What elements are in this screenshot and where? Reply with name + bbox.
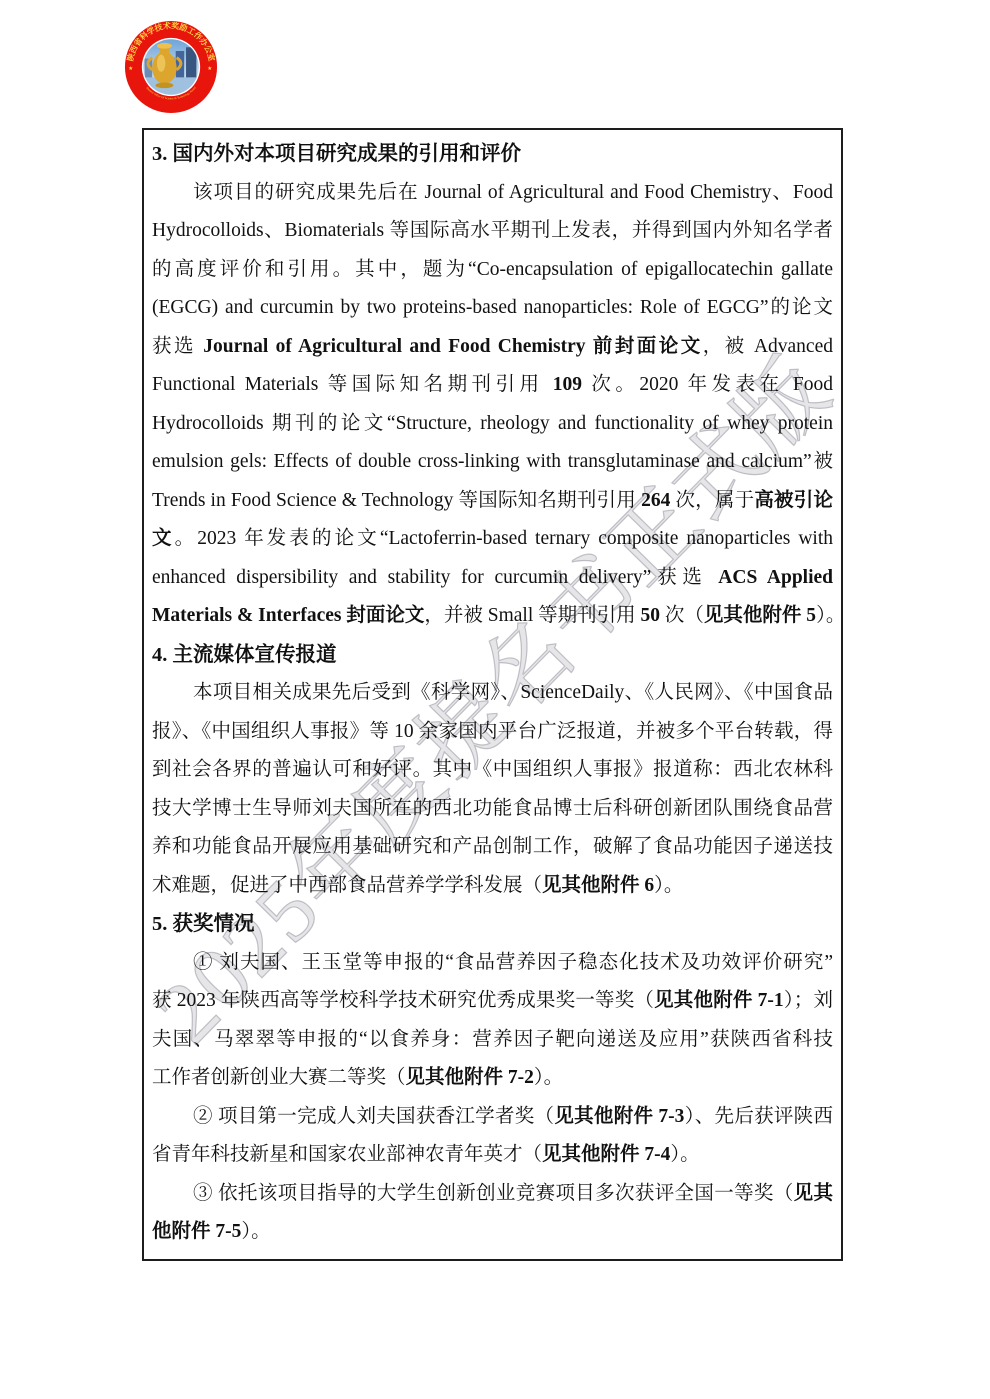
text-line: 他附件 7-5）。: [152, 1213, 833, 1252]
text-run: 本项目相关成果先后受到《科学网》、ScienceDaily、《人民网》、《中国食…: [193, 682, 833, 703]
text-line: 本项目相关成果先后受到《科学网》、ScienceDaily、《人民网》、《中国食…: [152, 674, 833, 713]
text-run: emulsion gels: Effects of double cross-l…: [152, 451, 833, 472]
text-run: 获选: [152, 336, 203, 357]
text-run: ，被 Advanced: [703, 336, 833, 357]
text-line: ② 项目第一完成人刘夫国获香江学者奖（见其他附件 7-3）、先后获评陕西: [152, 1098, 833, 1137]
bold-text-run: 他附件 7-5: [152, 1221, 241, 1242]
text-line: 该项目的研究成果先后在 Journal of Agricultural and …: [152, 174, 833, 213]
text-line: Hydrocolloids 期刊的论文“Structure, rheology …: [152, 405, 833, 444]
bold-text-run: 见其他附件 7-2: [406, 1067, 534, 1088]
text-run: Hydrocolloids、Biomaterials 等国际高水平期刊上发表，并…: [152, 220, 833, 241]
text-line: 夫国、马翠翠等申报的“以食养身：营养因子靶向递送及应用”获陕西省科技: [152, 1021, 833, 1060]
text-line: 获选 Journal of Agricultural and Food Chem…: [152, 328, 833, 367]
bold-text-run: ACS Applied: [718, 567, 833, 588]
text-line: 工作者创新创业大赛二等奖（见其他附件 7-2）。: [152, 1059, 833, 1098]
text-run: 省青年科技新星和国家农业部神农青年英才（: [152, 1144, 542, 1165]
bold-text-run: 50: [641, 605, 661, 626]
text-run: ）；刘: [784, 990, 833, 1011]
section-heading: 3. 国内外对本项目研究成果的引用和评价: [152, 135, 833, 174]
text-line: ③ 依托该项目指导的大学生创新创业竞赛项目多次获评全国一等奖（见其: [152, 1175, 833, 1214]
text-line: emulsion gels: Effects of double cross-l…: [152, 443, 833, 482]
text-line: 文。2023 年发表的论文“Lactoferrin-based ternary …: [152, 520, 833, 559]
bold-text-run: 见其: [794, 1183, 833, 1204]
text-run: Hydrocolloids 期刊的论文“Structure, rheology …: [152, 413, 833, 434]
text-run: enhanced dispersibility and stability fo…: [152, 567, 718, 588]
section-heading: 5. 获奖情况: [152, 905, 833, 944]
seal-svg: 陕西省科学技术奖励工作办公室 Shaanxi Office Of Science…: [124, 20, 218, 114]
text-run: ）。: [816, 605, 833, 626]
bold-text-run: 高被引论: [754, 490, 833, 511]
text-run: 到社会各界的普遍认可和好评。其中《中国组织人事报》报道称：西北农林科: [152, 759, 833, 780]
text-line: Hydrocolloids、Biomaterials 等国际高水平期刊上发表，并…: [152, 212, 833, 251]
text-run: 报》、《中国组织人事报》等 10 余家国内平台广泛报道，并被多个平台转载，得: [152, 721, 833, 742]
star-icon: ★: [128, 65, 133, 72]
text-run: 的高度评价和引用。其中，题为“Co-encapsulation of epiga…: [152, 259, 833, 280]
star-icon: ★: [207, 65, 212, 72]
text-run: (EGCG) and curcumin by two proteins-base…: [152, 297, 833, 318]
text-line: ① 刘夫国、王玉堂等申报的“食品营养因子稳态化技术及功效评价研究”: [152, 944, 833, 983]
text-run: Functional Materials 等国际知名期刊引用: [152, 374, 553, 395]
text-run: ③ 依托该项目指导的大学生创新创业竞赛项目多次获评全国一等奖（: [193, 1183, 794, 1204]
text-run: 次。2020 年发表在 Food: [582, 374, 833, 395]
bold-text-run: 文: [152, 528, 175, 549]
text-run: 次，属于: [670, 490, 754, 511]
bold-text-run: 见其他附件 5: [704, 605, 816, 626]
text-line: Functional Materials 等国际知名期刊引用 109 次。202…: [152, 366, 833, 405]
text-run: ）、先后获评陕西: [684, 1106, 833, 1127]
text-run: ）。: [670, 1144, 699, 1165]
text-run: ）。: [241, 1221, 270, 1242]
text-line: (EGCG) and curcumin by two proteins-base…: [152, 289, 833, 328]
content-box: 3. 国内外对本项目研究成果的引用和评价该项目的研究成果先后在 Journal …: [142, 128, 843, 1261]
text-run: 技大学博士生导师刘夫国所在的西北功能食品博士后科研创新团队围绕食品营: [152, 798, 833, 819]
text-run: 夫国、马翠翠等申报的“以食养身：营养因子靶向递送及应用”获陕西省科技: [152, 1029, 833, 1050]
bold-text-run: Journal of Agricultural and Food Chemist…: [203, 336, 702, 357]
text-run: ① 刘夫国、王玉堂等申报的“食品营养因子稳态化技术及功效评价研究”: [193, 952, 833, 973]
text-run: 获 2023 年陕西高等学校科学技术研究优秀成果奖一等奖（: [152, 990, 654, 1011]
bold-text-run: 109: [553, 374, 582, 395]
text-run: 该项目的研究成果先后在 Journal of Agricultural and …: [193, 182, 833, 203]
text-run: 次（: [660, 605, 704, 626]
text-line: Materials & Interfaces 封面论文，并被 Small 等期刊…: [152, 597, 833, 636]
text-line: 获 2023 年陕西高等学校科学技术研究优秀成果奖一等奖（见其他附件 7-1）；…: [152, 982, 833, 1021]
text-run: ，并被 Small 等期刊引用: [424, 605, 640, 626]
org-seal-logo: 陕西省科学技术奖励工作办公室 Shaanxi Office Of Science…: [124, 20, 218, 114]
text-line: 的高度评价和引用。其中，题为“Co-encapsulation of epiga…: [152, 251, 833, 290]
text-run: 工作者创新创业大赛二等奖（: [152, 1067, 406, 1088]
text-run: ）。: [654, 875, 683, 896]
scanned-document-page: 陕西省科学技术奖励工作办公室 Shaanxi Office Of Science…: [0, 0, 990, 1399]
bold-text-run: 264: [641, 490, 670, 511]
bold-text-run: 见其他附件 7-3: [554, 1106, 684, 1127]
text-line: Trends in Food Science & Technology 等国际知…: [152, 482, 833, 521]
bold-text-run: 见其他附件 6: [542, 875, 654, 896]
text-line: 术难题，促进了中西部食品营养学学科发展（见其他附件 6）。: [152, 867, 833, 906]
text-run: Trends in Food Science & Technology 等国际知…: [152, 490, 641, 511]
bold-text-run: 见其他附件 7-1: [654, 990, 784, 1011]
text-line: 报》、《中国组织人事报》等 10 余家国内平台广泛报道，并被多个平台转载，得: [152, 713, 833, 752]
text-run: ② 项目第一完成人刘夫国获香江学者奖（: [193, 1106, 554, 1127]
bold-text-run: 见其他附件 7-4: [542, 1144, 670, 1165]
text-run: 术难题，促进了中西部食品营养学学科发展（: [152, 875, 542, 896]
text-run: ）。: [534, 1067, 563, 1088]
text-run: 养和功能食品开展应用基础研究和产品创制工作，破解了食品功能因子递送技: [152, 836, 833, 857]
text-line: 养和功能食品开展应用基础研究和产品创制工作，破解了食品功能因子递送技: [152, 828, 833, 867]
text-line: 省青年科技新星和国家农业部神农青年英才（见其他附件 7-4）。: [152, 1136, 833, 1175]
text-run: 。2023 年发表的论文“Lactoferrin-based ternary c…: [175, 528, 833, 549]
section-heading: 4. 主流媒体宣传报道: [152, 636, 833, 675]
bold-text-run: Materials & Interfaces 封面论文: [152, 605, 424, 626]
text-line: 到社会各界的普遍认可和好评。其中《中国组织人事报》报道称：西北农林科: [152, 751, 833, 790]
text-line: 技大学博士生导师刘夫国所在的西北功能食品博士后科研创新团队围绕食品营: [152, 790, 833, 829]
text-line: enhanced dispersibility and stability fo…: [152, 559, 833, 598]
